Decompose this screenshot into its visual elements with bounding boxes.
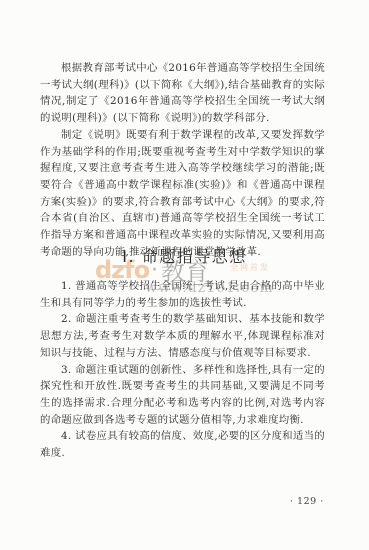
page-number: · 129 ·	[290, 496, 324, 507]
principle-item: 1. 普通高等学校招生全国统一考试,是由合格的高中毕业生和具有同等学力的考生参加…	[40, 278, 325, 311]
section-heading: Ⅰ. 命题指导思想	[0, 244, 369, 267]
intro-section: 根据教育部考试中心《2016年普通高等学校招生全国统一考试大纲(理科)》(以下简…	[40, 60, 325, 260]
principle-item: 3. 命题注重试题的创新性、多样性和选择性,具有一定的探究性和开放性.既要考查考…	[40, 362, 325, 429]
principle-item: 2. 命题注重考查考生的数学基础知识、基本技能和数学思想方法,考查考生对数学本质…	[40, 311, 325, 361]
intro-paragraph: 根据教育部考试中心《2016年普通高等学校招生全国统一考试大纲(理科)》(以下简…	[40, 60, 325, 127]
principle-item: 4. 试卷应具有较高的信度、效度,必要的区分度和适当的难度.	[40, 428, 325, 461]
principles-list: 1. 普通高等学校招生全国统一考试,是由合格的高中毕业生和具有同等学力的考生参加…	[40, 278, 325, 462]
intro-paragraph: 制定《说明》既要有利于数学课程的改革,又要发挥数学作为基础学科的作用;既要重视考…	[40, 127, 325, 261]
document-page: 根据教育部考试中心《2016年普通高等学校招生全国统一考试大纲(理科)》(以下简…	[0, 0, 369, 550]
